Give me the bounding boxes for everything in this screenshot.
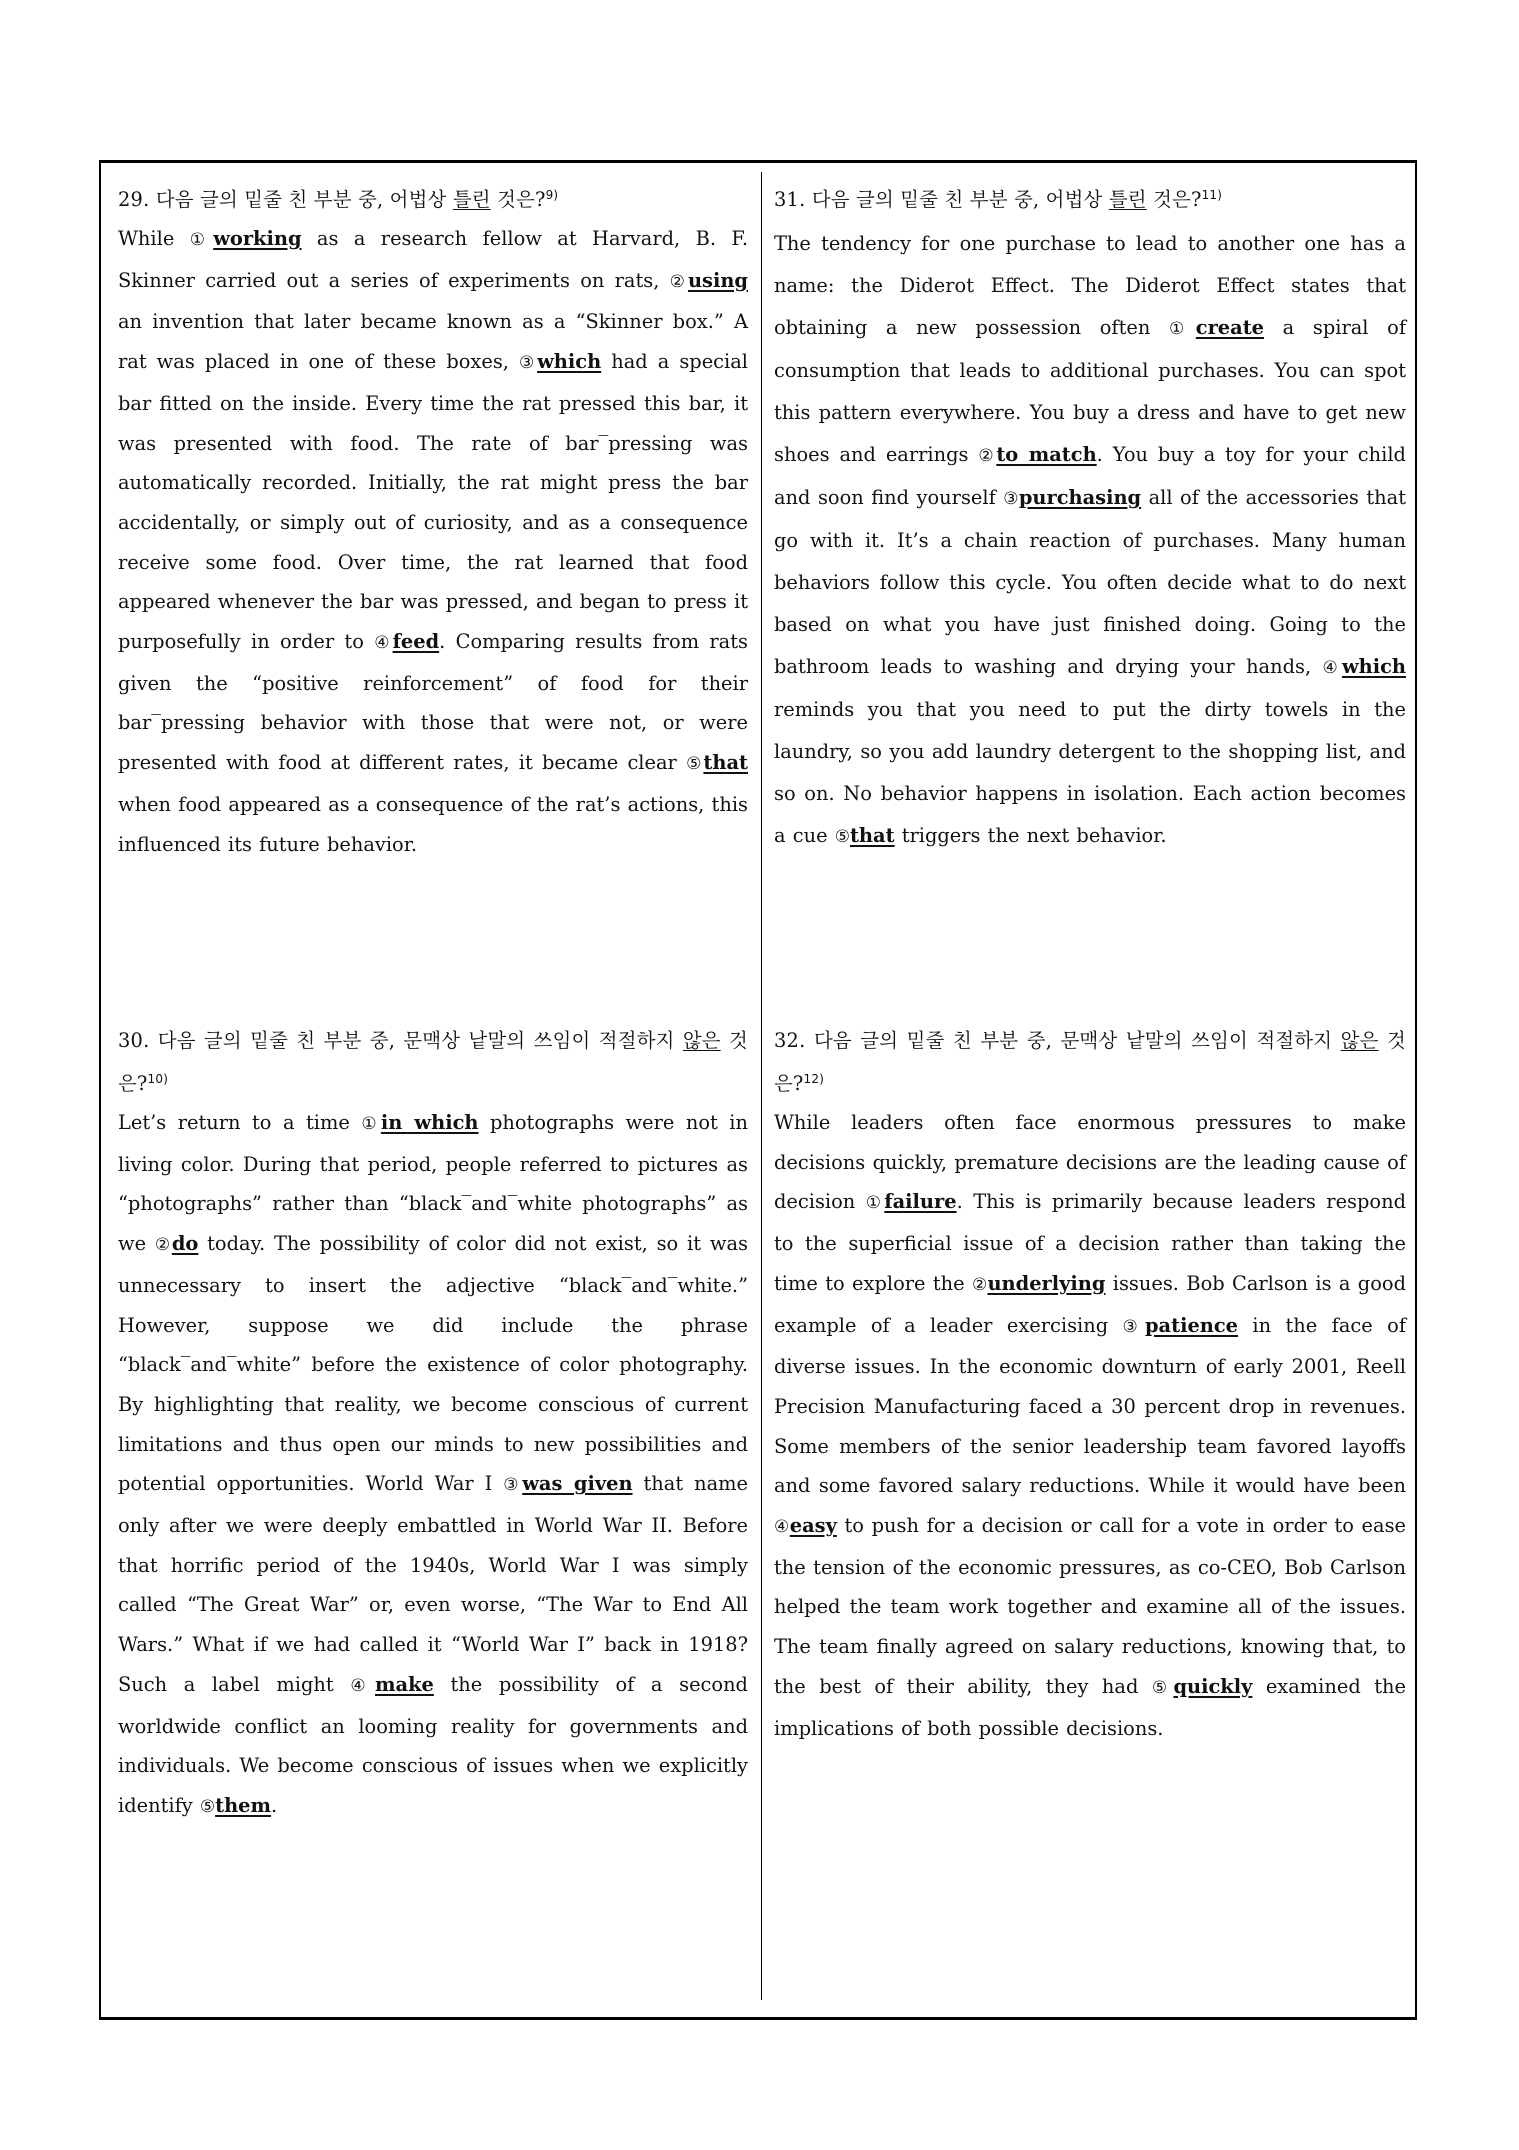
passage: The tendency for one purchase to lead to… (774, 223, 1406, 858)
question-number: 31. (774, 188, 805, 211)
question-prompt: 다음 글의 밑줄 친 부분 중, 문맥상 낱말의 쓰임이 적절하지 (814, 1029, 1332, 1052)
question-prompt: 다음 글의 밑줄 친 부분 중, 어법상 (156, 188, 447, 211)
choice-number: ④ (374, 633, 392, 653)
underlined-choice[interactable]: create (1196, 316, 1264, 339)
footnote-ref: 12) (804, 1072, 825, 1086)
column-divider (761, 172, 762, 2000)
question-prompt-emphasis: 않은 (1341, 1029, 1379, 1052)
choice-number: ③ (519, 353, 537, 373)
question-30: 30. 다음 글의 밑줄 친 부분 중, 문맥상 낱말의 쓰임이 적절하지 않은… (118, 1022, 748, 1828)
question-title: 31. 다음 글의 밑줄 친 부분 중, 어법상 틀린 것은?11) (774, 176, 1406, 219)
underlined-choice[interactable]: feed (393, 630, 440, 653)
underlined-choice[interactable]: purchasing (1019, 486, 1141, 509)
question-prompt-end: 것은? (1153, 188, 1201, 211)
choice-number: ⑤ (835, 827, 850, 847)
underlined-choice[interactable]: easy (790, 1514, 837, 1537)
choice-number: ④ (350, 1676, 375, 1696)
choice-number: ⑤ (1152, 1678, 1174, 1698)
underlined-choice[interactable]: using (688, 269, 748, 292)
choice-number: ③ (1003, 489, 1019, 509)
question-32: 32. 다음 글의 밑줄 친 부분 중, 문맥상 낱말의 쓰임이 적절하지 않은… (774, 1022, 1406, 1748)
underlined-choice[interactable]: failure (884, 1190, 956, 1213)
question-prompt-emphasis: 틀린 (453, 188, 491, 211)
question-number: 32. (774, 1029, 805, 1052)
question-title: 30. 다음 글의 밑줄 친 부분 중, 문맥상 낱말의 쓰임이 적절하지 않은… (118, 1022, 748, 1103)
question-title: 32. 다음 글의 밑줄 친 부분 중, 문맥상 낱말의 쓰임이 적절하지 않은… (774, 1022, 1406, 1103)
underlined-choice[interactable]: patience (1145, 1314, 1238, 1337)
underlined-choice[interactable]: do (172, 1232, 199, 1255)
footnote-ref: 11) (1202, 188, 1223, 202)
choice-number: ④ (774, 1517, 790, 1537)
passage: While ①working as a research fellow at H… (118, 219, 748, 864)
choice-number: ② (978, 446, 996, 466)
footnote-ref: 10) (148, 1072, 169, 1086)
underlined-choice[interactable]: that (850, 824, 895, 847)
choice-number: ⑤ (200, 1797, 215, 1817)
choice-number: ③ (1123, 1317, 1145, 1337)
choice-number: ② (670, 272, 688, 292)
underlined-choice[interactable]: that (703, 751, 748, 774)
passage: Let’s return to a time ①in which photogr… (118, 1103, 748, 1828)
underlined-choice[interactable]: underlying (987, 1272, 1105, 1295)
underlined-choice[interactable]: them (215, 1794, 271, 1817)
question-31: 31. 다음 글의 밑줄 친 부분 중, 어법상 틀린 것은?11) The t… (774, 176, 1406, 858)
question-number: 30. (118, 1029, 149, 1052)
choice-number: ① (190, 230, 213, 250)
underlined-choice[interactable]: working (213, 227, 301, 250)
passage: While leaders often face enormous pressu… (774, 1103, 1406, 1748)
choice-number: ③ (503, 1475, 522, 1495)
question-number: 29. (118, 188, 149, 211)
question-prompt-emphasis: 틀린 (1109, 188, 1147, 211)
underlined-choice[interactable]: to match (996, 443, 1096, 466)
question-prompt: 다음 글의 밑줄 친 부분 중, 문맥상 낱말의 쓰임이 적절하지 (158, 1029, 675, 1052)
question-prompt-emphasis: 않은 (683, 1029, 721, 1052)
choice-number: ② (155, 1235, 172, 1255)
question-title: 29. 다음 글의 밑줄 친 부분 중, 어법상 틀린 것은?9) (118, 176, 748, 219)
underlined-choice[interactable]: in which (381, 1111, 479, 1134)
choice-number: ④ (1323, 658, 1342, 678)
underlined-choice[interactable]: was given (522, 1472, 632, 1495)
underlined-choice[interactable]: make (375, 1673, 434, 1696)
question-29: 29. 다음 글의 밑줄 친 부분 중, 어법상 틀린 것은?9) While … (118, 176, 748, 864)
underlined-choice[interactable]: which (537, 350, 601, 373)
choice-number: ① (866, 1193, 885, 1213)
question-prompt-end: 것은? (497, 188, 545, 211)
choice-number: ⑤ (686, 754, 703, 774)
underlined-choice[interactable]: which (1342, 655, 1406, 678)
footnote-ref: 9) (546, 188, 559, 202)
choice-number: ① (1169, 319, 1196, 339)
choice-number: ② (972, 1275, 987, 1295)
question-prompt: 다음 글의 밑줄 친 부분 중, 어법상 (812, 188, 1103, 211)
choice-number: ① (361, 1114, 381, 1134)
underlined-choice[interactable]: quickly (1173, 1675, 1252, 1698)
